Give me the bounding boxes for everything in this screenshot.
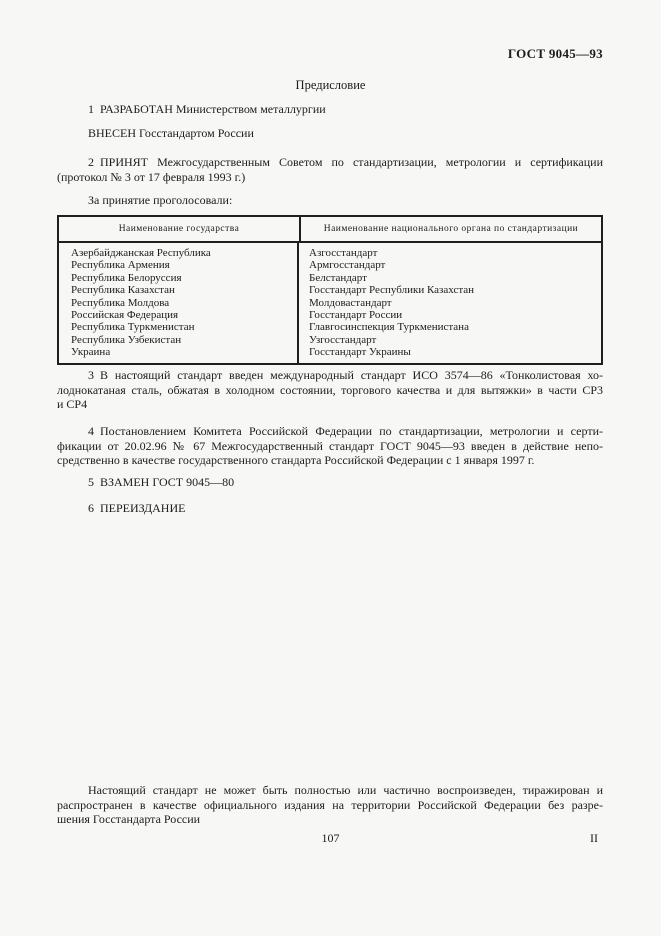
table-column-agencies: АзгосстандартАрмгосстандартБелстандартГо…: [299, 243, 601, 363]
table-cell: Республика Узбекистан: [71, 334, 297, 346]
table-cell: Азербайджанская Республика: [71, 247, 297, 259]
restriction-line: шения Госстандарта России: [57, 812, 603, 827]
clause-developed: 1 РАЗРАБОТАН Министерством металлургии: [57, 102, 603, 117]
table-cell: Азгосстандарт: [309, 247, 601, 259]
table-header-country: Наименование государства: [59, 217, 301, 241]
doc-number: ГОСТ 9045—93: [508, 46, 603, 62]
clause-reissue: 6 ПЕРЕИЗДАНИЕ: [57, 501, 603, 516]
clause-iso-line: лоднокатаная сталь, обжатая в холодном с…: [57, 383, 603, 398]
restriction-line: Настоящий стандарт не может быть полност…: [57, 783, 603, 798]
table-column-countries: Азербайджанская РеспубликаРеспублика Арм…: [59, 243, 299, 363]
table-cell: Республика Туркменистан: [71, 321, 297, 333]
table-cell: Республика Молдова: [71, 297, 297, 309]
document-page: ГОСТ 9045—93 Предисловие 1 РАЗРАБОТАН Ми…: [0, 0, 661, 936]
table-header-agency: Наименование национального органа по ста…: [301, 217, 601, 241]
table-cell: Республика Казахстан: [71, 284, 297, 296]
clause-replaces: 5 ВЗАМЕН ГОСТ 9045—80: [57, 475, 603, 490]
table-cell: Белстандарт: [309, 272, 601, 284]
page-title: Предисловие: [0, 78, 661, 93]
clause-enacted-line: 4 Постановлением Комитета Российской Фед…: [57, 424, 603, 439]
table-cell: Госстандарт России: [309, 309, 601, 321]
clause-iso-line: и СР4: [57, 397, 603, 412]
clause-enacted: 4 Постановлением Комитета Российской Фед…: [57, 424, 603, 468]
clause-submitted: ВНЕСЕН Госстандартом России: [57, 126, 603, 141]
table-cell: Армгосстандарт: [309, 259, 601, 271]
vote-table-body: Азербайджанская РеспубликаРеспублика Арм…: [59, 243, 601, 363]
clause-accepted: 2 ПРИНЯТ Межгосударственным Советом по с…: [57, 155, 603, 184]
clause-accepted-line: 2 ПРИНЯТ Межгосударственным Советом по с…: [57, 155, 603, 170]
vote-table: Наименование государства Наименование на…: [57, 215, 603, 365]
table-cell: Госстандарт Украины: [309, 346, 601, 358]
page-number: 107: [0, 831, 661, 846]
clause-iso-line: 3 В настоящий стандарт введен международ…: [57, 368, 603, 383]
table-cell: Украина: [71, 346, 297, 358]
restriction-line: распространен в качестве официального из…: [57, 798, 603, 813]
vote-table-header-row: Наименование государства Наименование на…: [59, 217, 601, 243]
table-cell: Узгосстандарт: [309, 334, 601, 346]
table-cell: Российская Федерация: [71, 309, 297, 321]
clause-iso: 3 В настоящий стандарт введен международ…: [57, 368, 603, 412]
sheet-number: II: [590, 831, 598, 846]
vote-intro: За принятие проголосовали:: [57, 193, 603, 208]
table-cell: Госстандарт Республики Казахстан: [309, 284, 601, 296]
restriction-note: Настоящий стандарт не может быть полност…: [57, 783, 603, 827]
clause-accepted-line: (протокол № 3 от 17 февраля 1993 г.): [57, 170, 603, 185]
table-cell: Молдовастандарт: [309, 297, 601, 309]
clause-enacted-line: фикации от 20.02.96 № 67 Межгосударствен…: [57, 439, 603, 454]
table-cell: Республика Армения: [71, 259, 297, 271]
table-cell: Республика Белоруссия: [71, 272, 297, 284]
clause-enacted-line: средственно в качестве государственного …: [57, 453, 603, 468]
table-cell: Главгосинспекция Туркменистана: [309, 321, 601, 333]
